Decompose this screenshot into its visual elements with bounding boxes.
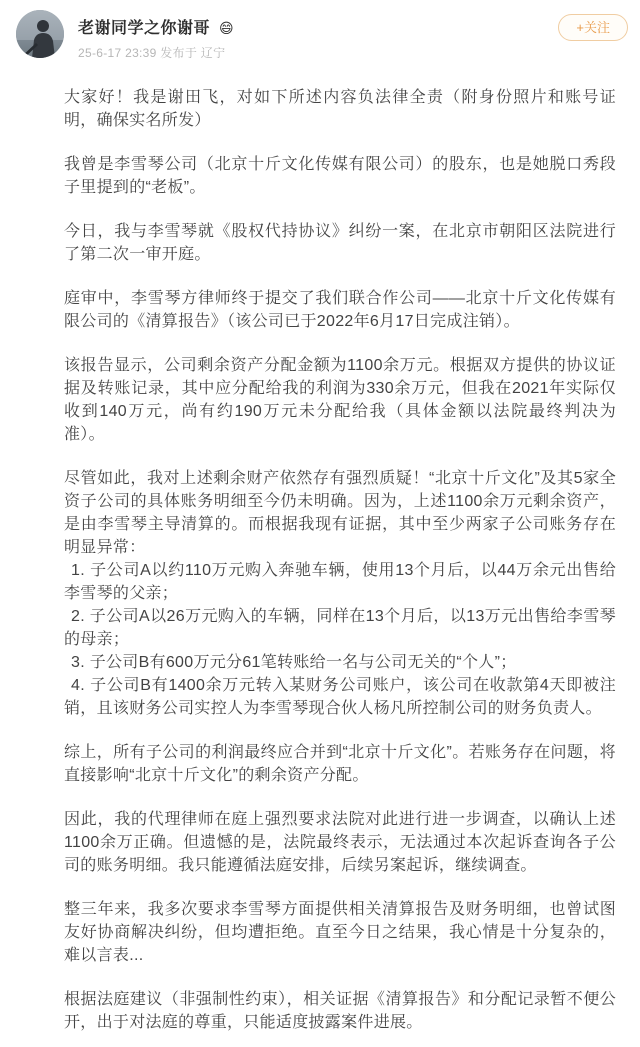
post-paragraph: 综上，所有子公司的利润最终应合并到“北京十斤文化”。若账务存在问题，将直接影响“… (64, 741, 616, 787)
post-paragraph: 整三年来，我多次要求李雪琴方面提供相关清算报告及财务明细，也曾试图友好协商解决纠… (64, 898, 616, 967)
post-paragraph: 大家好！我是谢田飞，对如下所述内容负法律全责（附身份照片和账号证明，确保实名所发… (64, 86, 616, 132)
numbered-item: 4. 子公司B有1400余万元转入某财务公司账户，该公司在收款第4天即被注销，且… (64, 674, 616, 720)
post-paragraph: 该报告显示，公司剩余资产分配金额为1100余万元。根据双方提供的协议证据及转账记… (64, 354, 616, 446)
post-body: 大家好！我是谢田飞，对如下所述内容负法律全责（附身份照片和账号证明，确保实名所发… (0, 72, 640, 1034)
username[interactable]: 老谢同学之你谢哥 (78, 20, 210, 37)
weibo-post: 老谢同学之你谢哥 😄 25-6-17 23:39 发布于 辽宁 +关注 大家好！… (0, 0, 640, 1047)
numbered-item: 1. 子公司A以约110万元购入奔驰车辆，使用13个月后，以44万余元出售给李雪… (64, 559, 616, 605)
numbered-item: 2. 子公司A以26万元购入的车辆，同样在13个月后，以13万元出售给李雪琴的母… (64, 605, 616, 651)
username-row: 老谢同学之你谢哥 😄 (78, 18, 624, 39)
post-paragraph: 今日，我与李雪琴就《股权代持协议》纠纷一案，在北京市朝阳区法院进行了第二次一审开… (64, 220, 616, 266)
numbered-item: 3. 子公司B有600万元分61笔转账给一名与公司无关的“个人”； (64, 651, 616, 674)
post-header: 老谢同学之你谢哥 😄 25-6-17 23:39 发布于 辽宁 +关注 (0, 0, 640, 72)
post-meta: 25-6-17 23:39 发布于 辽宁 (78, 44, 624, 61)
post-paragraph: 根据法庭建议（非强制性约束），相关证据《清算报告》和分配记录暂不便公开，出于对法… (64, 988, 616, 1034)
identity-block: 老谢同学之你谢哥 😄 25-6-17 23:39 发布于 辽宁 (78, 12, 624, 61)
post-paragraph: 庭审中，李雪琴方律师终于提交了我们联合作公司——北京十斤文化传媒有限公司的《清算… (64, 287, 616, 333)
follow-button[interactable]: +关注 (558, 14, 628, 41)
group-head: 尽管如此，我对上述剩余财产依然存有强烈质疑！“北京十斤文化”及其5家全资子公司的… (64, 467, 616, 559)
avatar-photo-icon (16, 10, 64, 58)
username-emoji: 😄 (219, 20, 234, 36)
post-paragraph: 因此，我的代理律师在庭上强烈要求法院对此进行进一步调查，以确认上述1100余万正… (64, 808, 616, 877)
post-paragraph-group: 尽管如此，我对上述剩余财产依然存有强烈质疑！“北京十斤文化”及其5家全资子公司的… (64, 467, 616, 720)
avatar[interactable] (16, 10, 64, 58)
post-paragraph: 我曾是李雪琴公司（北京十斤文化传媒有限公司）的股东，也是她脱口秀段子里提到的“老… (64, 153, 616, 199)
